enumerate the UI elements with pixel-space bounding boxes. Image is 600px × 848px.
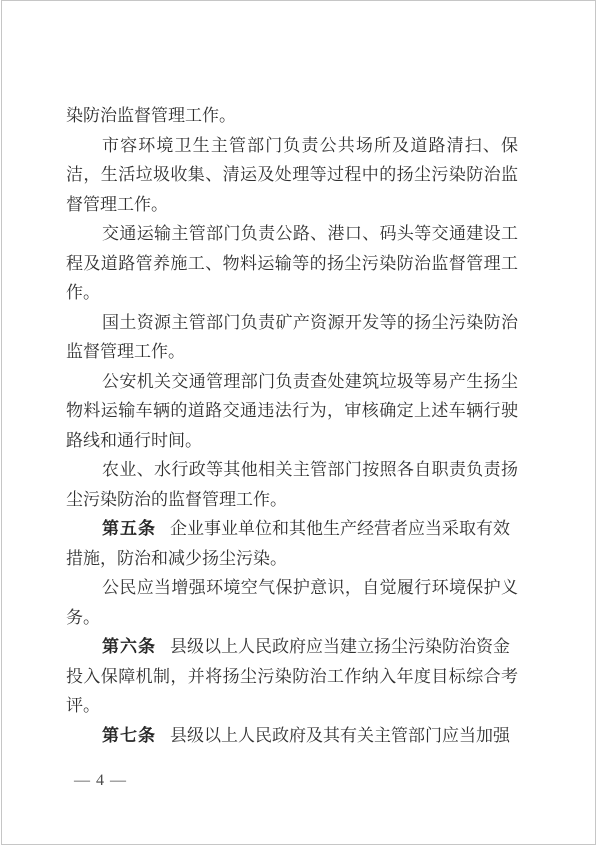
article-number-label: 第六条	[102, 637, 156, 657]
paragraph-line: 路线和通行时间。	[66, 426, 518, 456]
article-text: 县级以上人民政府及其有关主管部门应当加强	[170, 726, 510, 745]
paragraph-line: 染防治监督管理工作。	[66, 101, 518, 131]
paragraph-line: 交通运输主管部门负责公路、港口、码头等交通建设工	[66, 219, 518, 249]
paragraph-line: 第六条县级以上人民政府应当建立扬尘污染防治资金	[66, 632, 518, 662]
paragraph-line: 市容环境卫生主管部门负责公共场所及道路清扫、保	[66, 131, 518, 161]
paragraph-line: 程及道路管养施工、物料运输等的扬尘污染防治监督管理工	[66, 249, 518, 279]
paragraph-line: 监督管理工作。	[66, 337, 518, 367]
page-number: — 4 —	[74, 771, 127, 791]
paragraph-line: 评。	[66, 691, 518, 721]
paragraph-line: 公安机关交通管理部门负责查处建筑垃圾等易产生扬尘	[66, 367, 518, 397]
article-number-label: 第七条	[102, 726, 156, 746]
paragraph-line: 国土资源主管部门负责矿产资源开发等的扬尘污染防治	[66, 308, 518, 338]
article-number-label: 第五条	[102, 519, 156, 539]
paragraph-line: 物料运输车辆的道路交通违法行为，审核确定上述车辆行驶	[66, 396, 518, 426]
paragraph-line: 督管理工作。	[66, 190, 518, 220]
document-page: 染防治监督管理工作。 市容环境卫生主管部门负责公共场所及道路清扫、保 洁，生活垃…	[0, 0, 600, 848]
paragraph-line: 第五条企业事业单位和其他生产经营者应当采取有效	[66, 514, 518, 544]
article-text: 企业事业单位和其他生产经营者应当采取有效	[170, 519, 510, 538]
paragraph-line: 公民应当增强环境空气保护意识，自觉履行环境保护义	[66, 573, 518, 603]
article-text: 县级以上人民政府应当建立扬尘污染防治资金	[170, 637, 510, 656]
paragraph-line: 投入保障机制，并将扬尘污染防治工作纳入年度目标综合考	[66, 662, 518, 692]
text-block: 染防治监督管理工作。 市容环境卫生主管部门负责公共场所及道路清扫、保 洁，生活垃…	[66, 101, 518, 750]
paragraph-line: 措施，防治和减少扬尘污染。	[66, 544, 518, 574]
paragraph-line: 洁，生活垃圾收集、清运及处理等过程中的扬尘污染防治监	[66, 160, 518, 190]
paragraph-line: 第七条县级以上人民政府及其有关主管部门应当加强	[66, 721, 518, 751]
paragraph-line: 务。	[66, 603, 518, 633]
paragraph-line: 农业、水行政等其他相关主管部门按照各自职责负责扬	[66, 455, 518, 485]
paragraph-line: 尘污染防治的监督管理工作。	[66, 485, 518, 515]
paragraph-line: 作。	[66, 278, 518, 308]
